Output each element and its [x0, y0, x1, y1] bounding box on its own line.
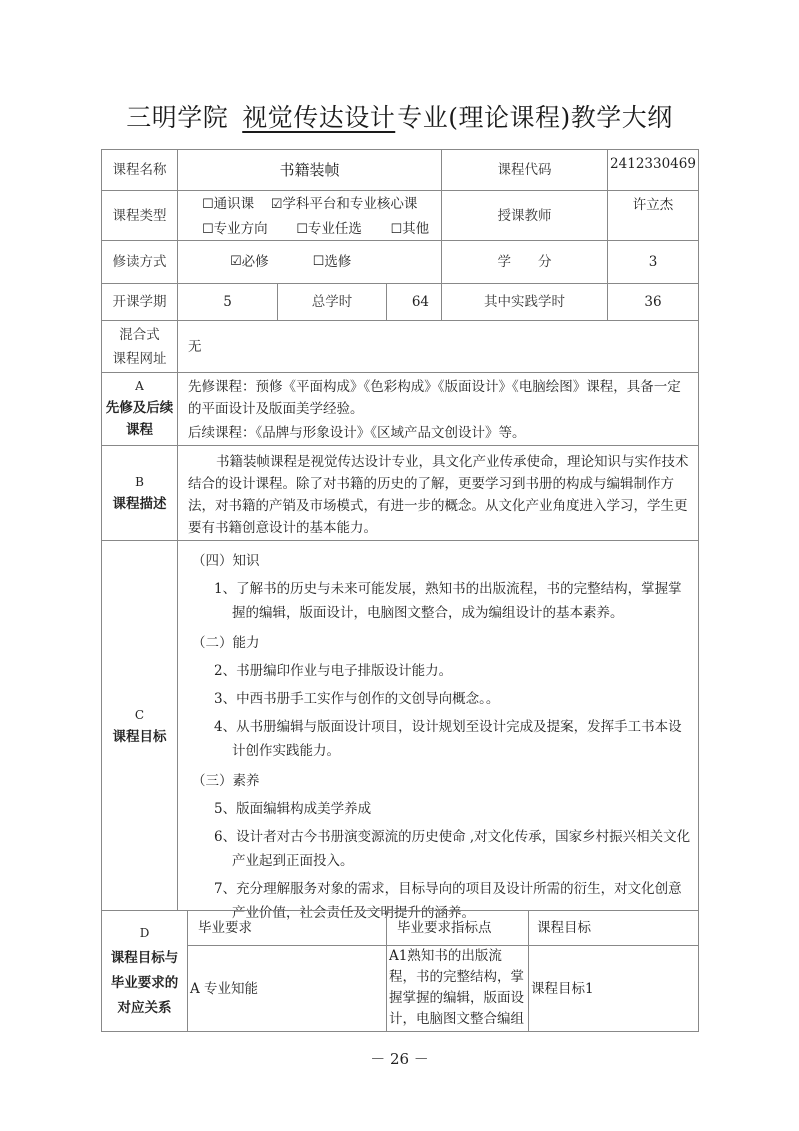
- checkbox-icon[interactable]: ☐: [202, 222, 214, 237]
- credit-label: 学 分: [441, 240, 608, 284]
- followup-courses: 后续课程：《品牌与形象设计》《区域产品文创设计》等。: [188, 422, 694, 444]
- hybrid-label-line: 混合式: [102, 323, 177, 347]
- section-title-line: 课程目标: [113, 726, 167, 748]
- course-type-option-label: 通识课: [214, 196, 255, 212]
- checkbox-checked-icon[interactable]: ☑: [230, 250, 242, 274]
- goal-item: 4、从书册编辑与版面设计项目，设计规划至设计完成及提案，发挥手工书本设计创作实践…: [204, 715, 694, 763]
- course-type-options: ☐通识课 ☑学科平台和专业核心课 ☐专业方向 ☐专业任选 ☐其他: [177, 190, 442, 241]
- goal-item: 5、版面编辑构成美学养成: [204, 797, 694, 821]
- prerequisite-courses: 先修课程：预修《平面构成》《色彩构成》《版面设计》《电脑绘图》课程，具备一定的平…: [188, 376, 694, 420]
- goal-group-heading: （三）素养: [192, 769, 694, 793]
- title-prefix: 三明学院: [126, 103, 228, 132]
- teacher-value: 许立杰: [607, 190, 699, 241]
- table-header-requirement: 毕业要求: [187, 910, 387, 946]
- checkbox-icon[interactable]: ☐: [313, 250, 325, 274]
- table-header-goal: 课程目标: [528, 910, 699, 946]
- section-b-label: B 课程描述: [101, 445, 178, 541]
- semester-value: 5: [177, 283, 278, 321]
- page-number: － 26 －: [0, 1048, 799, 1069]
- goal-item: 3、中西书册手工实作与创作的文创导向概念。。: [204, 687, 694, 711]
- course-code-label: 课程代码: [441, 149, 608, 191]
- table-header-indicator: 毕业要求指标点: [386, 910, 529, 946]
- semester-label: 开课学期: [101, 283, 178, 321]
- course-type-option-label: 学科平台和专业核心课: [282, 196, 417, 212]
- section-letter: A: [102, 375, 177, 397]
- course-name-label: 课程名称: [101, 149, 178, 191]
- course-description: 书籍装帧课程是视觉传达设计专业，具文化产业传承使命，理论知识与实作技术结合的设计…: [188, 451, 694, 539]
- study-mode-option-label: 选修: [324, 250, 351, 274]
- goal-item: 2、书册编印作业与电子排版设计能力。: [204, 659, 694, 683]
- course-type-option-label: 其他: [402, 221, 429, 237]
- table-cell-indicator: A1熟知书的出版流程，书的完整结构，掌握掌握的编辑，版面设计，电脑图文整合编组设: [386, 945, 529, 1032]
- study-mode-label: 修读方式: [101, 240, 178, 284]
- checkbox-icon[interactable]: ☐: [202, 197, 214, 212]
- section-d-label: D 课程目标与 毕业要求的 对应关系: [101, 910, 188, 1032]
- hybrid-label-line: 课程网址: [102, 347, 177, 371]
- hybrid-url-value: 无: [177, 320, 699, 373]
- study-mode-options: ☑必修 ☐选修: [177, 240, 442, 284]
- section-c-content: （四）知识 1、了解书的历史与未来可能发展，熟知书的出版流程，书的完整结构，掌握…: [177, 540, 699, 911]
- section-letter: C: [135, 704, 144, 726]
- checkbox-checked-icon[interactable]: ☑: [271, 197, 283, 212]
- title-suffix: 专业(理论课程)教学大纲: [397, 103, 673, 132]
- section-title-line: 先修及后续: [102, 397, 177, 419]
- section-title-line: 课程描述: [113, 493, 167, 515]
- goal-item: 6、设计者对古今书册演变源流的历史使命 ,对文化传承，国家乡村振兴相关文化产业起…: [204, 825, 694, 873]
- credit-value: 3: [607, 240, 699, 284]
- total-hours-label: 总学时: [277, 283, 387, 321]
- section-title-line: 对应关系: [118, 996, 172, 1021]
- document-title: 三明学院视觉传达设计专业(理论课程)教学大纲: [0, 98, 799, 134]
- checkbox-icon[interactable]: ☐: [391, 222, 403, 237]
- course-type-label: 课程类型: [101, 190, 178, 241]
- section-letter: B: [135, 471, 144, 493]
- practice-hours-label: 其中实践学时: [441, 283, 608, 321]
- section-title-line: 课程: [102, 419, 177, 441]
- checkbox-icon[interactable]: ☐: [296, 222, 308, 237]
- section-c-label: C 课程目标: [101, 540, 178, 911]
- teacher-label: 授课教师: [441, 190, 608, 241]
- section-title-line: 毕业要求的: [111, 971, 179, 996]
- section-b-content: 书籍装帧课程是视觉传达设计专业，具文化产业传承使命，理论知识与实作技术结合的设计…: [177, 445, 699, 541]
- section-letter: D: [140, 921, 150, 946]
- table-cell-goal: 课程目标1: [528, 945, 699, 1032]
- course-code-value: 2412330469: [607, 149, 699, 191]
- section-title-line: 课程目标与: [111, 946, 179, 971]
- goal-group-heading: （四）知识: [192, 549, 694, 573]
- study-mode-option-label: 必修: [242, 250, 269, 274]
- section-a-content: 先修课程：预修《平面构成》《色彩构成》《版面设计》《电脑绘图》课程，具备一定的平…: [177, 372, 699, 446]
- section-a-label: A 先修及后续 课程: [101, 372, 178, 446]
- title-major: 视觉传达设计: [228, 103, 397, 132]
- practice-hours-value: 36: [607, 283, 699, 321]
- table-cell-requirement: A 专业知能: [187, 945, 387, 1032]
- hybrid-url-label: 混合式 课程网址: [101, 320, 178, 373]
- total-hours-value: 64: [386, 283, 442, 321]
- goal-group-heading: （二）能力: [192, 631, 694, 655]
- course-type-option-label: 专业任选: [308, 221, 362, 237]
- goal-item: 1、了解书的历史与未来可能发展，熟知书的出版流程，书的完整结构，掌握掌握的编辑，…: [204, 577, 694, 625]
- course-type-option-label: 专业方向: [214, 221, 268, 237]
- course-name-value: 书籍装帧: [177, 149, 442, 191]
